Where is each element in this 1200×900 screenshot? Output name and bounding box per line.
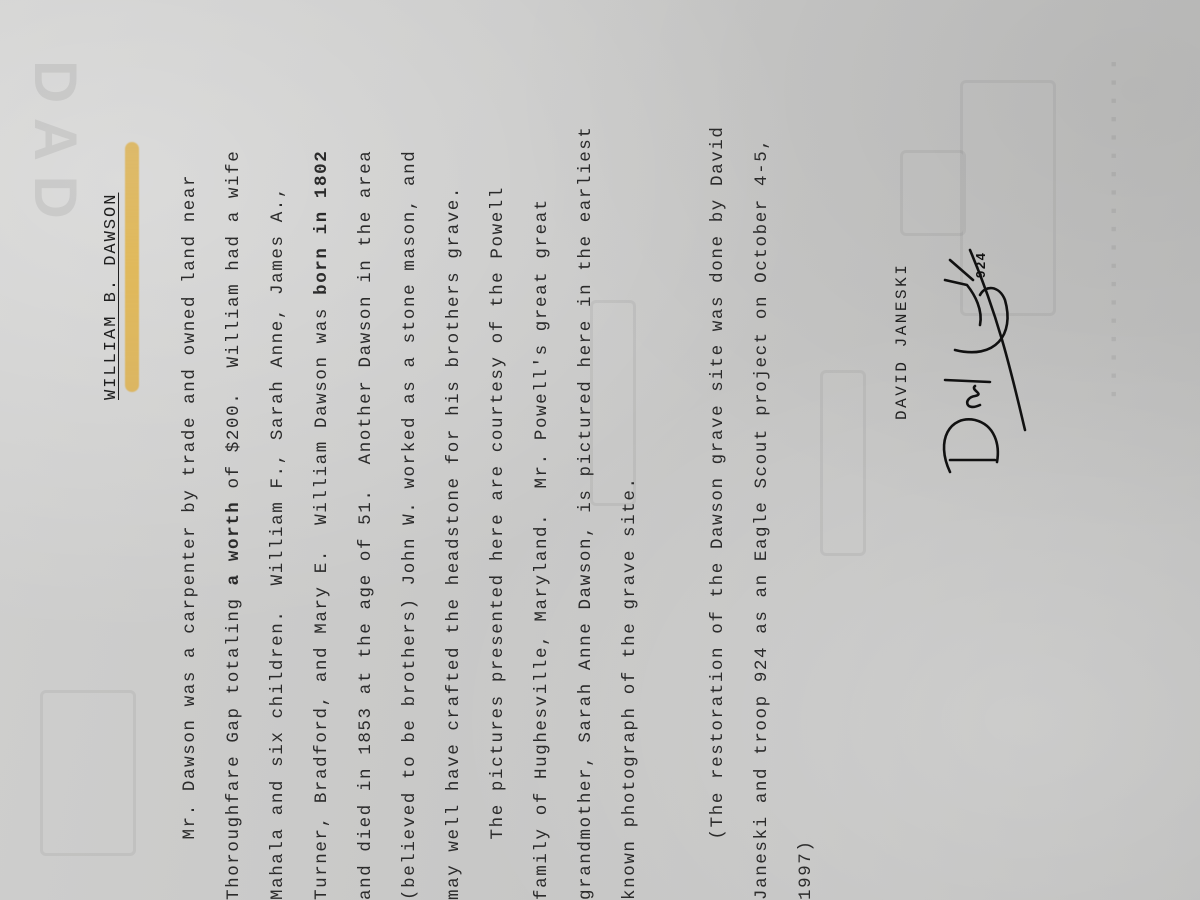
- text-line: Mr. Dawson was a carpenter by trade and …: [180, 174, 200, 900]
- text-line: Turner, Bradford, and Mary E. William Da…: [312, 150, 332, 900]
- title-highlight: [125, 142, 139, 392]
- text-line: (The restoration of the Dawson grave sit…: [708, 125, 728, 900]
- text-line: family of Hughesville, Maryland. Mr. Pow…: [532, 198, 552, 900]
- signature-annotation: 924: [973, 252, 988, 279]
- text-line: (believed to be brothers) John W. worked…: [400, 150, 420, 900]
- text-line: grandmother, Sarah Anne Dawson, is pictu…: [576, 125, 596, 900]
- text-line: Thoroughfare Gap totaling a worth of $20…: [224, 150, 244, 900]
- text-line: 1997): [796, 839, 816, 900]
- document-page: WILLIAM B. DAWSON Mr. Dawson was a carpe…: [0, 0, 1200, 900]
- signer-name: DAVID JANESKI: [893, 263, 911, 420]
- handwritten-signature: David Janeski 924: [925, 220, 1035, 500]
- text-line: known photograph of the grave site.: [620, 476, 640, 900]
- emphasized-text: a worth: [224, 501, 244, 586]
- text-line: and died in 1853 at the age of 51. Anoth…: [356, 150, 376, 900]
- text-line: The pictures presented here are courtesy…: [488, 186, 508, 900]
- document-content: WILLIAM B. DAWSON Mr. Dawson was a carpe…: [0, 0, 1200, 900]
- text-line: Janeski and troop 924 as an Eagle Scout …: [752, 138, 772, 900]
- text-line: may well have crafted the headstone for …: [444, 186, 464, 900]
- document-title: WILLIAM B. DAWSON: [102, 193, 121, 400]
- text-line: Mahala and six children. William F., Sar…: [268, 186, 288, 900]
- emphasized-text: born in 1802: [312, 150, 332, 295]
